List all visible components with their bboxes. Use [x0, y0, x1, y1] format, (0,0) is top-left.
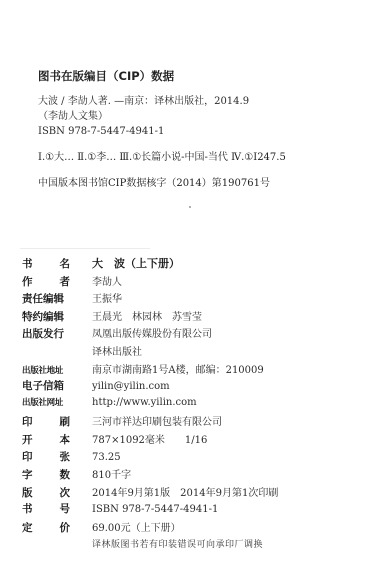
value-edition: 2014年9月第1版 2014年9月第1次印刷	[70, 484, 278, 499]
value-special-editors: 王晨光 林园林 苏雪莹	[70, 308, 202, 323]
value-sheets: 73.25	[70, 452, 121, 463]
value-isbn: ISBN 978-7-5447-4941-1	[70, 504, 218, 515]
row-format: 开本 787×1092毫米 1/16	[22, 431, 362, 449]
value-address: 南京市湖南路1号A楼，邮编：210009	[70, 361, 264, 376]
misprint-notice: 译林版图书若有印装错误可向承印厂调换	[22, 537, 362, 554]
cip-title: 图书在版编目（CIP）数据	[38, 68, 358, 84]
label-part: 者	[60, 274, 71, 289]
row-sheets: 印张 73.25	[22, 449, 362, 467]
value-responsible-editor: 王振华	[70, 290, 122, 305]
label-email: 电子信箱	[22, 378, 70, 393]
value-author: 李劼人	[70, 273, 122, 288]
row-publisher-imprint: 译林出版社	[22, 343, 362, 361]
row-address: 出版社地址 南京市湖南路1号A楼，邮编：210009	[22, 361, 362, 379]
row-website: 出版社网址 http://www.yilin.com	[22, 396, 362, 414]
cip-classification: Ⅰ.①大… Ⅱ.①李… Ⅲ.①长篇小说-中国-当代 Ⅳ.①I247.5	[38, 151, 358, 165]
value-title: 大 波（上下册）	[70, 255, 180, 271]
label-responsible-editor: 责任编辑	[22, 291, 70, 306]
value-publisher: 凤凰出版传媒股份有限公司	[70, 325, 212, 340]
label-part: 字	[22, 467, 33, 482]
row-printer: 印刷 三河市祥达印刷包装有限公司	[22, 413, 362, 431]
label-sheets: 印张	[22, 449, 70, 464]
value-publisher-imprint: 译林出版社	[70, 343, 142, 358]
label-publisher: 出版发行	[22, 326, 70, 341]
label-author: 作者	[22, 274, 70, 289]
value-format: 787×1092毫米 1/16	[70, 431, 207, 446]
row-title: 书名 大 波（上下册）	[22, 255, 362, 273]
label-price: 定价	[22, 520, 70, 535]
divider-line	[20, 248, 150, 249]
label-part: 印	[22, 414, 33, 429]
label-part: 数	[60, 467, 71, 482]
label-part: 本	[60, 432, 71, 447]
label-address: 出版社地址	[22, 364, 70, 376]
label-part: 号	[60, 501, 71, 516]
label-format: 开本	[22, 432, 70, 447]
label-part: 价	[60, 520, 71, 535]
label-part: 刷	[60, 414, 71, 429]
cip-series-line: （李劼人文集）	[38, 109, 358, 124]
row-email: 电子信箱 yilin@yilin.com	[22, 378, 362, 396]
speck-mark	[189, 206, 191, 208]
label-word-count: 字数	[22, 467, 70, 482]
label-part: 开	[22, 432, 33, 447]
value-printer: 三河市祥达印刷包装有限公司	[70, 413, 222, 428]
row-publisher: 出版发行 凤凰出版传媒股份有限公司	[22, 325, 362, 343]
value-price: 69.00元（上下册）	[70, 519, 181, 534]
row-isbn: 书号 ISBN 978-7-5447-4941-1	[22, 501, 362, 519]
label-printer: 印刷	[22, 414, 70, 429]
label-part: 书	[22, 501, 33, 516]
label-part: 次	[60, 485, 71, 500]
label-website: 出版社网址	[22, 396, 70, 408]
label-part: 名	[60, 256, 71, 271]
label-part: 作	[22, 274, 33, 289]
row-special-editors: 特约编辑 王晨光 林园林 苏雪莹	[22, 308, 362, 326]
label-part: 定	[22, 520, 33, 535]
value-website: http://www.yilin.com	[70, 397, 197, 408]
value-email: yilin@yilin.com	[70, 381, 170, 392]
row-word-count: 字数 810千字	[22, 466, 362, 484]
label-isbn: 书号	[22, 501, 70, 516]
row-author: 作者 李劼人	[22, 273, 362, 291]
cip-block: 图书在版编目（CIP）数据 大波 / 李劼人著. —南京：译林出版社，2014.…	[38, 68, 358, 191]
label-part: 版	[22, 485, 33, 500]
label-special-editors: 特约编辑	[22, 309, 70, 324]
label-part: 书	[22, 256, 33, 271]
label-part: 张	[60, 449, 71, 464]
label-title: 书名	[22, 256, 70, 271]
row-price: 定价 69.00元（上下册）	[22, 519, 362, 537]
cip-verification-number: 中国版本图书馆CIP数据核字（2014）第190761号	[38, 177, 358, 191]
cip-record-line: 大波 / 李劼人著. —南京：译林出版社，2014.9	[38, 94, 358, 109]
cip-isbn-line: ISBN 978-7-5447-4941-1	[38, 124, 358, 139]
row-responsible-editor: 责任编辑 王振华	[22, 290, 362, 308]
label-part: 印	[22, 449, 33, 464]
value-word-count: 810千字	[70, 466, 131, 481]
colophon-block: 书名 大 波（上下册） 作者 李劼人 责任编辑 王振华 特约编辑 王晨光 林园林…	[22, 255, 362, 554]
label-edition: 版次	[22, 485, 70, 500]
row-edition: 版次 2014年9月第1版 2014年9月第1次印刷	[22, 484, 362, 502]
